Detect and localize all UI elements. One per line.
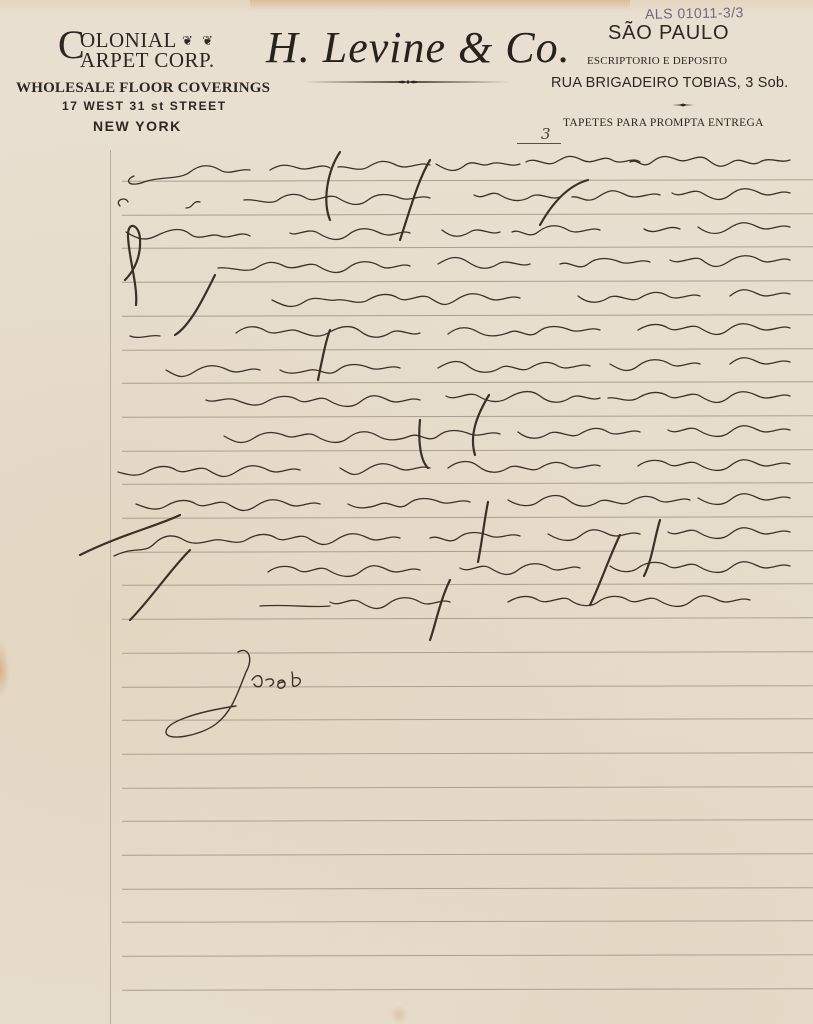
ruled-line — [122, 819, 813, 821]
ruled-line — [122, 954, 813, 956]
ruled-line — [122, 415, 813, 417]
ruled-line — [122, 752, 813, 754]
company-address: 17 WEST 31 st STREET — [62, 99, 227, 113]
ruled-line — [122, 381, 813, 383]
ruled-line — [122, 280, 813, 282]
paper-stain — [250, 0, 630, 10]
ruled-line — [122, 348, 813, 350]
letter-page: C OLONIAL ❦ ❦ ARPET CORP. WHOLESALE FLOO… — [0, 0, 813, 1024]
ruled-line — [122, 482, 813, 484]
margin-line — [110, 150, 111, 1024]
ruled-line — [122, 516, 813, 518]
ruled-line — [122, 786, 813, 788]
handwriting-ascenders — [80, 152, 660, 640]
small-ornament-icon — [672, 103, 694, 107]
branch-tagline: TAPETES PARA PROMPTA ENTREGA — [563, 117, 764, 129]
page-number-underline — [517, 143, 561, 144]
ruled-line — [122, 550, 813, 552]
company-tagline: WHOLESALE FLOOR COVERINGS — [16, 80, 270, 97]
branch-subtitle: ESCRIPTORIO E DEPOSITO — [587, 55, 727, 67]
paper-stain — [0, 640, 10, 700]
branch-address: RUA BRIGADEIRO TOBIAS, 3 Sob. — [551, 75, 788, 91]
ruled-line — [122, 988, 813, 990]
paper-stain — [390, 1005, 408, 1024]
branch-city: SÃO PAULO — [608, 22, 729, 45]
ruled-line — [122, 920, 813, 922]
ruled-line — [122, 887, 813, 889]
ruled-line — [122, 718, 813, 720]
ruled-line — [122, 213, 813, 215]
ruled-line — [122, 651, 813, 653]
ruled-line — [122, 583, 813, 585]
ruled-line — [122, 685, 813, 687]
ornamental-divider-icon — [303, 80, 513, 84]
company-city: NEW YORK — [93, 118, 182, 134]
ruled-line — [122, 617, 813, 619]
handwritten-body-text — [0, 0, 813, 1024]
firm-name: H. Levine & Co. — [266, 22, 571, 73]
signature-jacob — [166, 650, 300, 737]
ruled-line — [122, 246, 813, 248]
ruled-line — [122, 314, 813, 316]
ruled-line — [122, 179, 813, 181]
ruled-line — [122, 853, 813, 855]
archive-reference-mark: ALS 01011-3/3 — [645, 4, 744, 22]
ruled-line — [122, 449, 813, 451]
page-number: 3 — [541, 125, 551, 143]
company-name-line2: ARPET CORP. — [80, 50, 215, 71]
